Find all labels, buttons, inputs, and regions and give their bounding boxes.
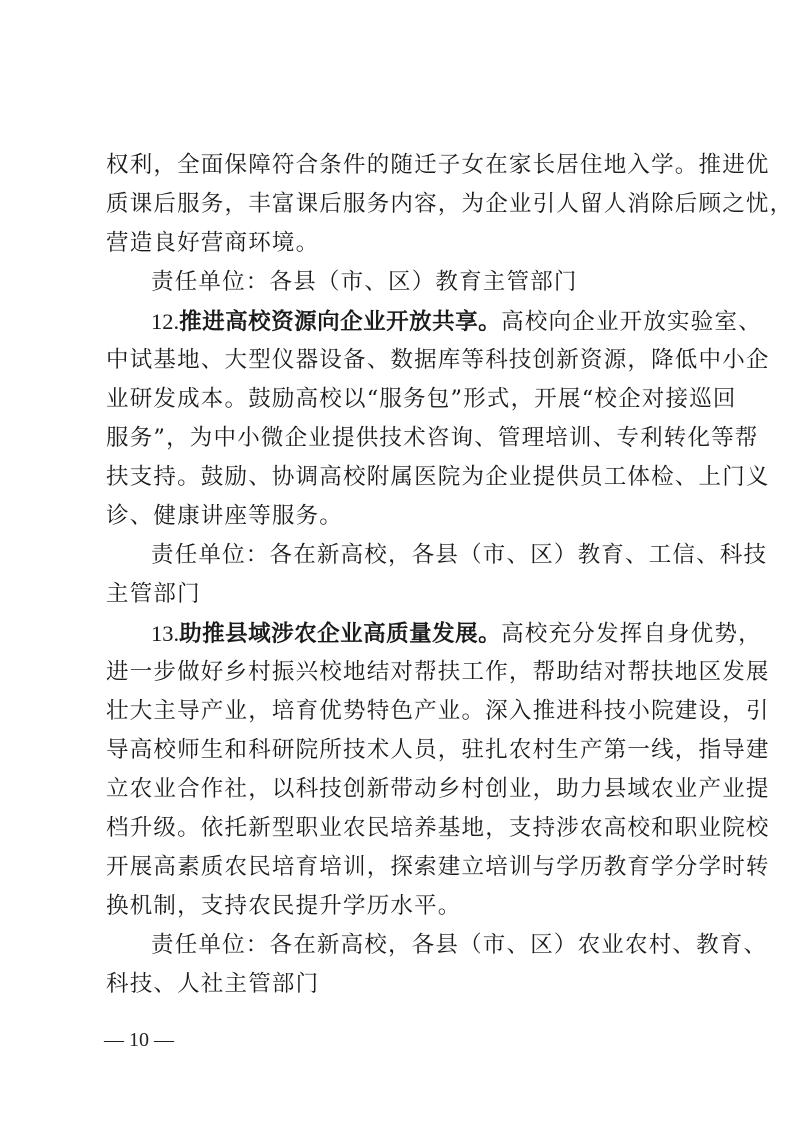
body-text-line: 诊、健康讲座等服务。 bbox=[106, 497, 694, 536]
body-text-line: 营造良好营商环境。 bbox=[106, 224, 694, 263]
item-number: 12. bbox=[151, 309, 179, 334]
body-text-line: 中试基地、大型仪器设备、数据库等科技创新资源，降低中小企 bbox=[106, 341, 694, 380]
item-heading: 助推县域涉农企业高质量发展。 bbox=[179, 621, 501, 647]
item-12-heading-line: 12.推进高校资源向企业开放共享。高校向企业开放实验室、 bbox=[106, 302, 694, 341]
body-text-line: 服务”，为中小微企业提供技术咨询、管理培训、专利转化等帮 bbox=[106, 419, 694, 458]
body-text-line: 质课后服务，丰富课后服务内容，为企业引人留人消除后顾之忧， bbox=[106, 185, 694, 224]
body-text-line: 进一步做好乡村振兴校地结对帮扶工作，帮助结对帮扶地区发展 bbox=[106, 653, 694, 692]
body-text-line: 换机制，支持农民提升学历水平。 bbox=[106, 887, 694, 926]
responsible-unit-line: 科技、人社主管部门 bbox=[106, 965, 694, 1004]
body-text-line: 扶支持。鼓励、协调高校附属医院为企业提供员工体检、上门义 bbox=[106, 458, 694, 497]
item-number: 13. bbox=[151, 621, 179, 646]
body-text-line: 业研发成本。鼓励高校以“服务包”形式，开展“校企对接巡回 bbox=[106, 380, 694, 419]
item-13-heading-line: 13.助推县域涉农企业高质量发展。高校充分发挥自身优势， bbox=[106, 614, 694, 653]
body-text-line: 壮大主导产业，培育优势特色产业。深入推进科技小院建设，引 bbox=[106, 692, 694, 731]
body-text-line: 导高校师生和科研院所技术人员，驻扎农村生产第一线，指导建 bbox=[106, 731, 694, 770]
body-text-line: 开展高素质农民培育培训，探索建立培训与学历教育学分学时转 bbox=[106, 848, 694, 887]
body-text-line: 权利，全面保障符合条件的随迁子女在家长居住地入学。推进优 bbox=[106, 146, 694, 185]
responsible-unit-line: 责任单位：各县（市、区）教育主管部门 bbox=[106, 263, 694, 302]
body-text: 高校向企业开放实验室、 bbox=[501, 309, 762, 335]
responsible-unit-line: 责任单位：各在新高校，各县（市、区）教育、工信、科技 bbox=[106, 536, 694, 575]
body-text-line: 立农业合作社，以科技创新带动乡村创业，助力县域农业产业提 bbox=[106, 770, 694, 809]
body-text-line: 档升级。依托新型职业农民培养基地，支持涉农高校和职业院校 bbox=[106, 809, 694, 848]
page-number: — 10 — bbox=[104, 1029, 174, 1052]
body-text: 高校充分发挥自身优势， bbox=[501, 621, 762, 647]
responsible-unit-line: 责任单位：各在新高校，各县（市、区）农业农村、教育、 bbox=[106, 926, 694, 965]
responsible-unit-line: 主管部门 bbox=[106, 575, 694, 614]
item-heading: 推进高校资源向企业开放共享。 bbox=[179, 309, 501, 335]
document-body: 权利，全面保障符合条件的随迁子女在家长居住地入学。推进优 质课后服务，丰富课后服… bbox=[106, 146, 694, 1004]
